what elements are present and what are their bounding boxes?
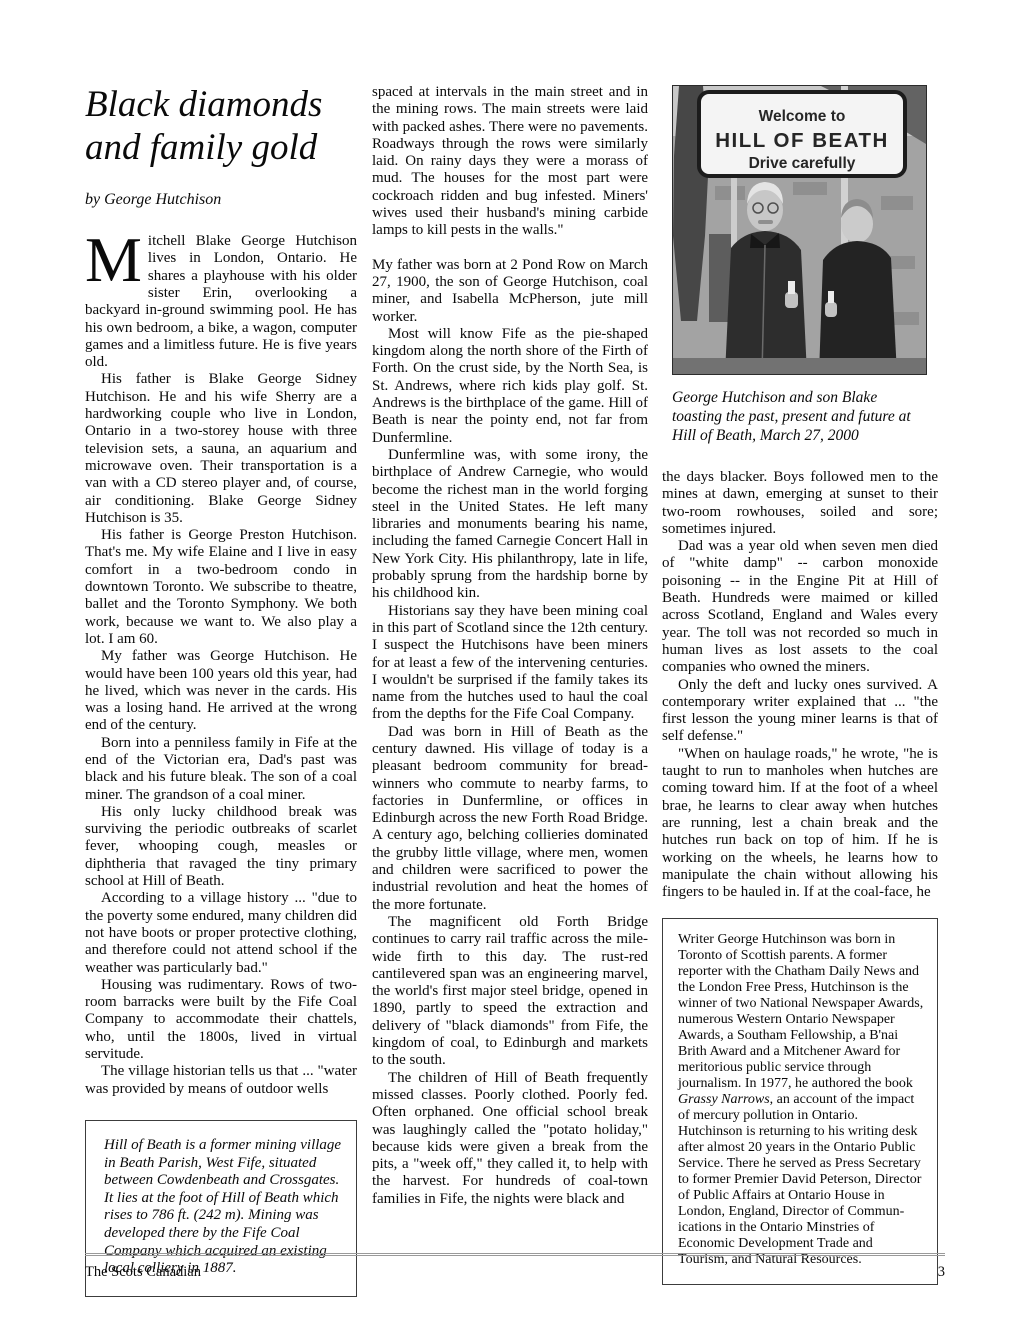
- photo-caption-line: toasting the past, present and future at: [672, 407, 938, 426]
- column-2: spaced at intervals in the main street a…: [372, 84, 648, 1208]
- photo-caption: George Hutchison and son Blake toasting …: [672, 388, 938, 445]
- author-bio-box: Writer George Hutchinson was born in Tor…: [662, 918, 938, 1285]
- photo-caption-line: George Hutchison and son Blake: [672, 388, 938, 407]
- body-paragraph: the days blacker. Boys followed men to t…: [662, 469, 938, 538]
- father-mustache: [758, 220, 773, 224]
- page-footer: The Scots Canadian 3: [85, 1253, 945, 1281]
- hill-of-beath-photo: Welcome to HILL OF BEATH Drive carefully: [672, 85, 925, 373]
- sign-line-welcome: Welcome to: [759, 108, 846, 125]
- title-line-2: and family gold: [85, 127, 357, 170]
- column-3: Welcome to HILL OF BEATH Drive carefully: [662, 84, 938, 1285]
- body-paragraph: Dad was born in Hill of Beath as the cen…: [372, 724, 648, 914]
- body-paragraph: The magnificent old Forth Bridge continu…: [372, 914, 648, 1070]
- sign-line-drive-carefully: Drive carefully: [749, 155, 856, 172]
- opening-paragraph: Mitchell Blake George Hutchison lives in…: [85, 233, 357, 371]
- toast-glass: [788, 281, 795, 294]
- body-paragraph: His father is Blake George Sidney Hutchi…: [85, 371, 357, 527]
- son-hand: [825, 302, 837, 317]
- sign-line-hill-of-beath: HILL OF BEATH: [715, 129, 889, 152]
- scanned-newsletter-page: { "article": { "title_line1": "Black dia…: [0, 0, 1020, 1320]
- author-bio-text: Writer George Hutchinson was born in Tor…: [678, 932, 925, 1268]
- body-paragraph: Only the deft and lucky ones survived. A…: [662, 677, 938, 746]
- body-paragraph: spaced at intervals in the main street a…: [372, 84, 648, 240]
- photo-illustration: Welcome to HILL OF BEATH Drive carefully: [672, 85, 927, 375]
- body-paragraph: According to a village history ... "due …: [85, 890, 357, 976]
- body-paragraph: Historians say they have been mining coa…: [372, 603, 648, 724]
- photo-caption-line: Hill of Beath, March 27, 2000: [672, 426, 938, 445]
- father-hand: [785, 292, 798, 308]
- body-paragraph: Born into a penniless family in Fife at …: [85, 735, 357, 804]
- bio-text-before-book: Writer George Hutchinson was born in Tor…: [678, 932, 923, 1091]
- toast-glass: [828, 291, 834, 303]
- book-title: Grassy Narrows: [678, 1092, 770, 1107]
- body-paragraph: My father was born at 2 Pond Row on Marc…: [372, 257, 648, 326]
- title-line-1: Black diamonds: [85, 84, 357, 127]
- drop-cap: M: [85, 233, 148, 285]
- body-paragraph: "When on haulage roads," he wrote, "he i…: [662, 746, 938, 902]
- body-paragraph: Housing was rudimentary. Rows of two-roo…: [85, 977, 357, 1063]
- article-title: Black diamonds and family gold: [85, 84, 357, 169]
- footer-journal-title: The Scots Canadian: [85, 1264, 201, 1281]
- article-byline: by George Hutchison: [85, 191, 357, 209]
- ground-strip: [673, 358, 926, 374]
- body-paragraph: The village historian tells us that ... …: [85, 1063, 357, 1098]
- body-paragraph: Dad was a year old when seven men died o…: [662, 538, 938, 676]
- body-paragraph: My father was George Hutchison. He would…: [85, 648, 357, 734]
- column-1: Black diamonds and family gold by George…: [85, 84, 357, 1297]
- body-paragraph: His father is George Preston Hutchison. …: [85, 527, 357, 648]
- body-paragraph: Dunfermline was, with some irony, the bi…: [372, 447, 648, 603]
- body-paragraph: His only lucky childhood break was survi…: [85, 804, 357, 890]
- footer-page-number: 3: [938, 1264, 945, 1281]
- body-paragraph: Most will know Fife as the pie-shaped ki…: [372, 326, 648, 447]
- bio-text-after-book: , an account of the impact of mercury po…: [678, 1092, 921, 1267]
- body-paragraph: The children of Hill of Beath frequently…: [372, 1070, 648, 1208]
